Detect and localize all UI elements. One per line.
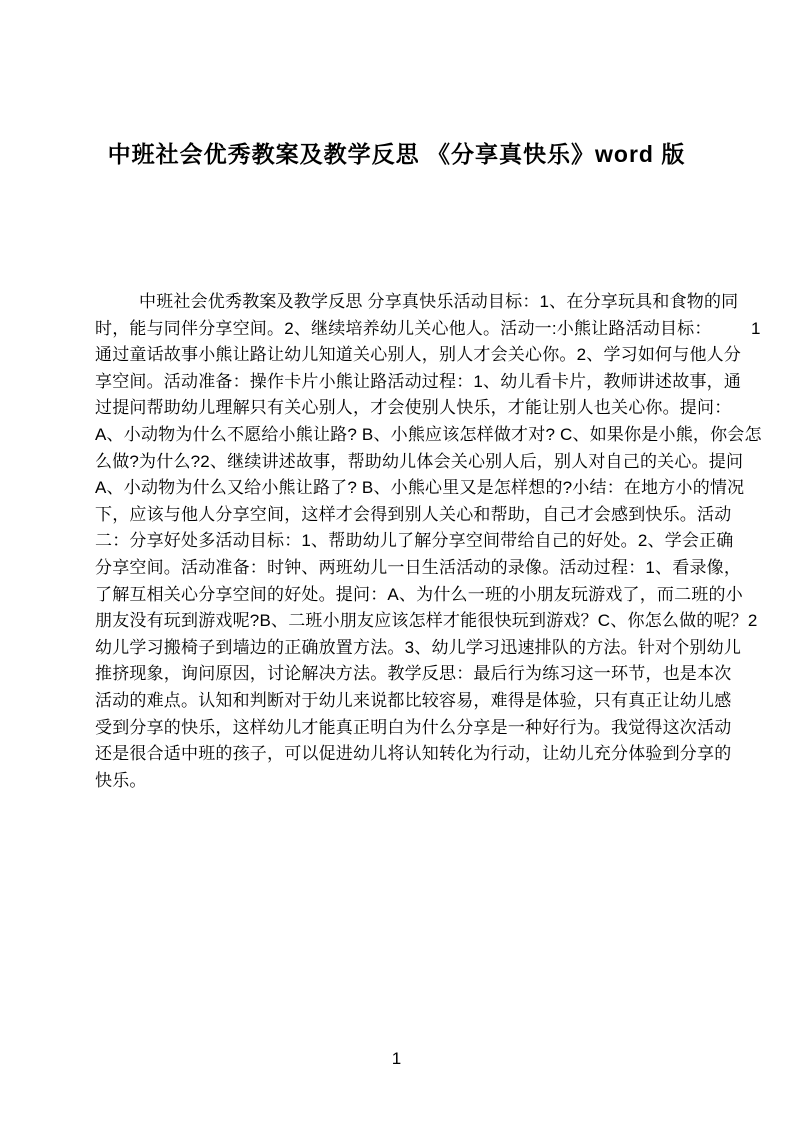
body-line: 受到分享的快乐，这样幼儿才能真正明白为什么分享是一种好行为。我觉得这次活动	[95, 715, 793, 742]
body-line: A、小动物为什么不愿给小熊让路? B、小熊应该怎样做才对? C、如果你是小熊，你…	[95, 422, 793, 449]
document-title: 中班社会优秀教案及教学反思 《分享真快乐》word 版	[0, 138, 793, 170]
body-line: 分享空间。活动准备：时钟、两班幼儿一日生活活动的录像。活动过程：1、看录像，	[95, 555, 793, 582]
body-line: 还是很合适中班的孩子，可以促进幼儿将认知转化为行动，让幼儿充分体验到分享的	[95, 741, 793, 768]
document-body: 中班社会优秀教案及教学反思 分享真快乐活动目标：1、在分享玩具和食物的同时，能与…	[95, 289, 793, 794]
body-line: 推挤现象，询问原因，讨论解决方法。教学反思：最后行为练习这一环节，也是本次	[95, 661, 793, 688]
body-line: 活动的难点。认知和判断对于幼儿来说都比较容易，难得是体验，只有真正让幼儿感	[95, 688, 793, 715]
body-line: 朋友没有玩到游戏呢?B、二班小朋友应该怎样才能很快玩到游戏？C、你怎么做的呢？2	[95, 608, 793, 635]
page-number: 1	[0, 1049, 793, 1069]
body-line: 么做?为什么?2、继续讲述故事，帮助幼儿体会关心别人后，别人对自己的关心。提问	[95, 449, 793, 476]
body-line: 享空间。活动准备：操作卡片小熊让路活动过程：1、幼儿看卡片，教师讲述故事，通	[95, 369, 793, 396]
body-line: 幼儿学习搬椅子到墙边的正确放置方法。3、幼儿学习迅速排队的方法。针对个别幼儿	[95, 635, 793, 662]
body-line: 过提问帮助幼儿理解只有关心别人，才会使别人快乐，才能让别人也关心你。提问：	[95, 395, 793, 422]
body-line: 下，应该与他人分享空间，这样才会得到别人关心和帮助，自己才会感到快乐。活动	[95, 502, 793, 529]
body-line: 时，能与同伴分享空间。2、继续培养幼儿关心他人。活动一:小熊让路活动目标： 1	[95, 316, 793, 343]
body-line: 了解互相关心分享空间的好处。提问：A、为什么一班的小朋友玩游戏了，而二班的小	[95, 582, 793, 609]
body-line: A、小动物为什么又给小熊让路了? B、小熊心里又是怎样想的?小结：在地方小的情况	[95, 475, 793, 502]
body-line: 中班社会优秀教案及教学反思 分享真快乐活动目标：1、在分享玩具和食物的同	[95, 289, 793, 316]
body-line: 快乐。	[95, 768, 793, 795]
body-line: 通过童话故事小熊让路让幼儿知道关心别人，别人才会关心你。2、学习如何与他人分	[95, 342, 793, 369]
body-line: 二：分享好处多活动目标：1、帮助幼儿了解分享空间带给自己的好处。2、学会正确	[95, 528, 793, 555]
document-page: 中班社会优秀教案及教学反思 《分享真快乐》word 版 中班社会优秀教案及教学反…	[0, 0, 793, 1122]
